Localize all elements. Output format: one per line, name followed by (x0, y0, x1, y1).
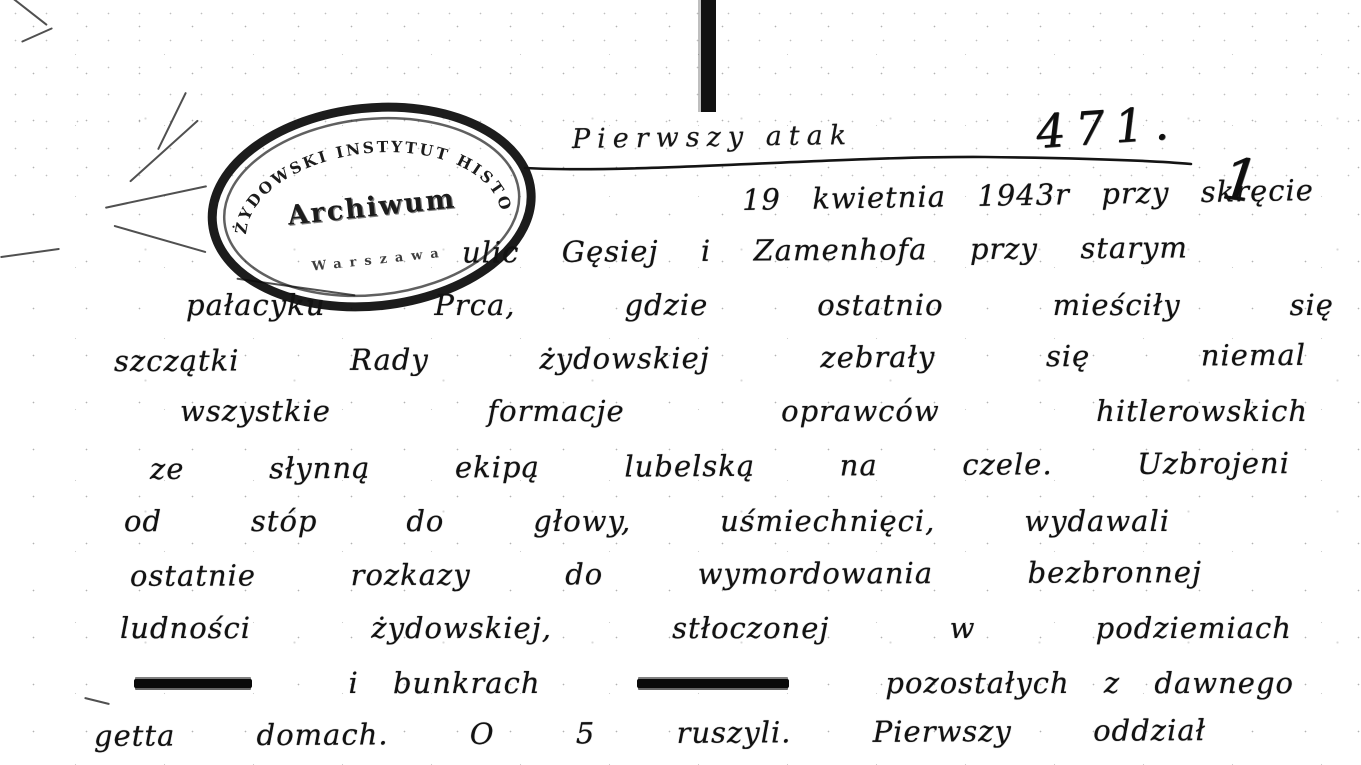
edge-mark (21, 27, 53, 43)
stamp-center-text: Archiwum (285, 183, 457, 232)
handwritten-line-10: i bunkrach pozostałych z dawnego (134, 666, 1294, 700)
crossed-out-word (134, 679, 252, 688)
binding-mark (701, 0, 716, 112)
handwritten-text: i bunkrach (348, 666, 540, 700)
handwritten-line-3: pałacykuPrca,gdzieostatniomieściłysię (186, 288, 1334, 322)
crossed-out-word (637, 679, 789, 688)
handwritten-line-2: ulicGęsiejiZamenhofaprzystarym (462, 230, 1188, 269)
obscured-handwriting-fragment (0, 248, 60, 258)
edge-mark (10, 0, 47, 26)
handwritten-line-9: ludnościżydowskiej,stłoczonejwpodziemiac… (120, 611, 1292, 645)
edge-mark (84, 697, 110, 705)
page-title: Pierwszy atak (572, 120, 854, 155)
handwritten-line-4: szczątkiRadyżydowskiejzebrałysięniemal (114, 338, 1306, 378)
handwritten-line-8: ostatnierozkazydowymordowaniabezbronnej (130, 555, 1202, 593)
stamp-bottom-text: Warszawa (310, 245, 447, 274)
pen-scribble (105, 185, 207, 209)
handwritten-line-5: wszystkieformacjeoprawcówhitlerowskich (180, 394, 1308, 428)
pen-scribble (114, 225, 207, 253)
handwritten-text: pozostałych z dawnego (885, 666, 1294, 700)
manuscript-page: ŻYDOWSKI INSTYTUT HISTORYCZNY Archiwum W… (0, 0, 1361, 765)
page-number: 471. (1034, 95, 1180, 159)
handwritten-line-11: gettadomach.O5ruszyli.Pierwszyoddział (94, 713, 1206, 753)
handwritten-line-7: odstópdogłowy,uśmiechnięci,wydawali (124, 504, 1170, 538)
handwritten-line-6: zesłynnąekipąlubelskąnaczele.Uzbrojeni (150, 446, 1290, 486)
